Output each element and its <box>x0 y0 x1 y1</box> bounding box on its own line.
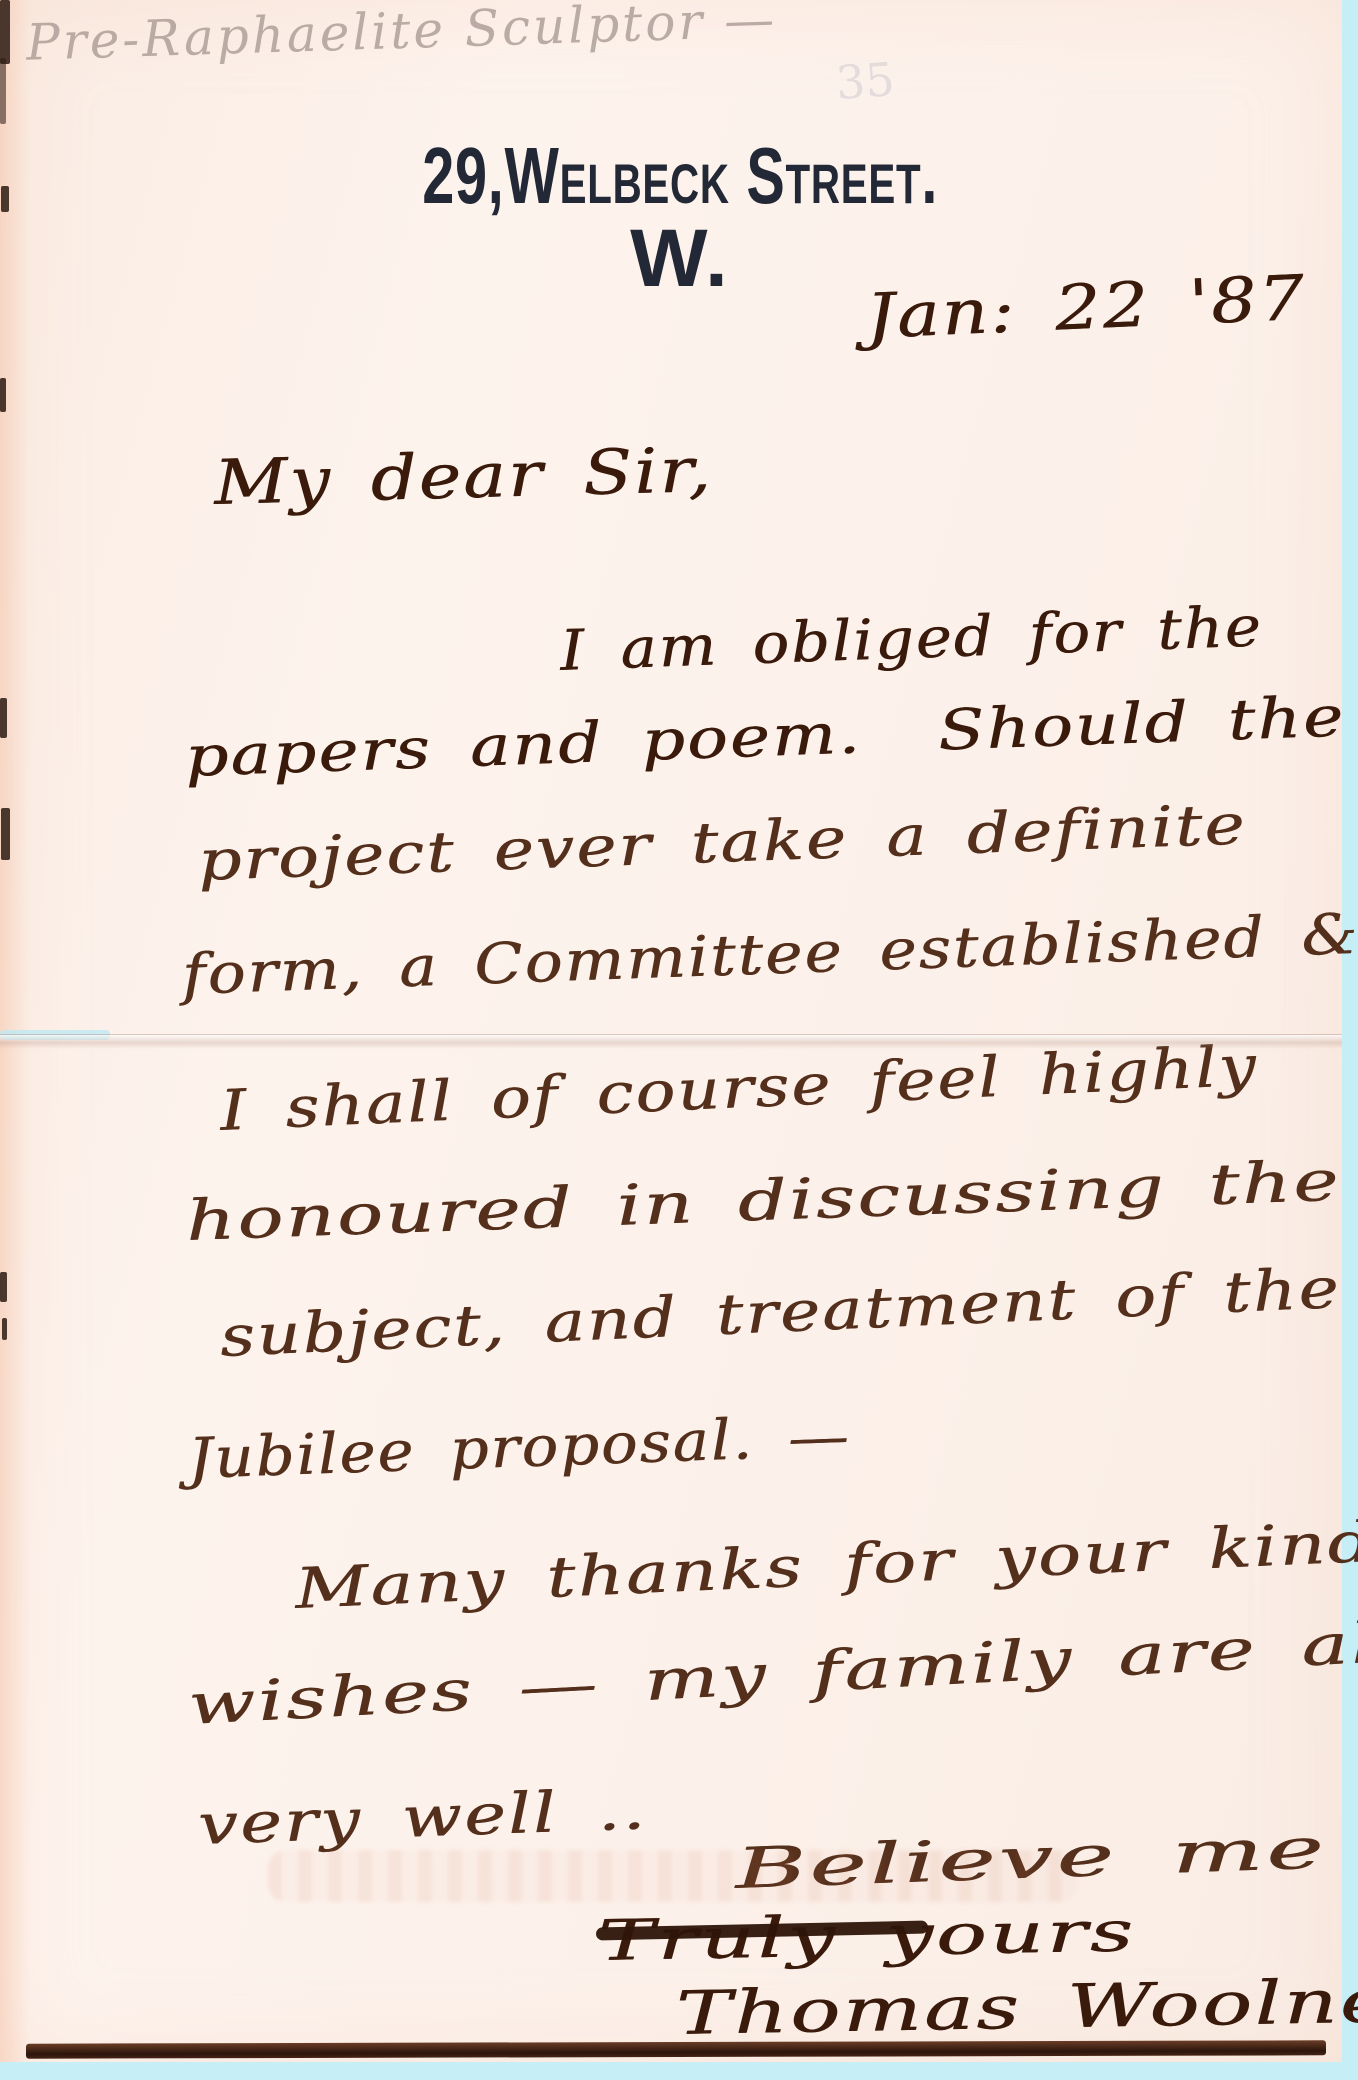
letterhead: 29,Welbeck Street. W. <box>320 136 1040 300</box>
body-line: Jubilee proposal. — <box>187 1409 851 1488</box>
body-line: papers and poem. Should the <box>184 690 1346 786</box>
body-line: Many thanks for your kind <box>294 1515 1358 1618</box>
signature: Thomas Woolner <box>675 1971 1358 2044</box>
body-line: I am obliged for the <box>559 599 1264 680</box>
letterhead-address: 29,Welbeck Street. <box>422 136 938 216</box>
date-line: Jan: 22 '87 <box>865 267 1308 348</box>
body-line: very well .. <box>197 1782 648 1854</box>
page-edge-mark <box>0 1272 7 1302</box>
body-line: subject, and treatment of the <box>219 1261 1342 1366</box>
ink-transfer-smudge <box>268 1850 1078 1902</box>
body-line: honoured in discussing the <box>185 1154 1341 1250</box>
body-line: project ever take a definite <box>197 797 1247 890</box>
paper-bottom-edge <box>26 2040 1326 2058</box>
body-line: form, a Committee established &c., <box>181 904 1358 1004</box>
letter-paper: Pre-Raphaelite Sculptor — 35 29,Welbeck … <box>0 0 1342 2062</box>
page-edge-mark <box>2 1318 7 1340</box>
page-edge-mark <box>1 186 9 212</box>
page-number-faint: 35 <box>834 52 896 110</box>
page-edge-mark <box>0 698 7 738</box>
fold-crease <box>0 1034 1342 1049</box>
body-line: I shall of course feel highly <box>219 1039 1259 1140</box>
page-edge-mark <box>0 0 10 64</box>
page-edge-mark <box>0 58 6 124</box>
scanned-letter: Pre-Raphaelite Sculptor — 35 29,Welbeck … <box>0 0 1358 2080</box>
page-edge-mark <box>1 808 10 860</box>
body-line: wishes — my family are all <box>187 1614 1358 1734</box>
salutation: My dear Sir, <box>213 439 713 514</box>
page-edge-mark <box>0 378 6 412</box>
pencil-annotation: Pre-Raphaelite Sculptor — <box>25 0 778 72</box>
